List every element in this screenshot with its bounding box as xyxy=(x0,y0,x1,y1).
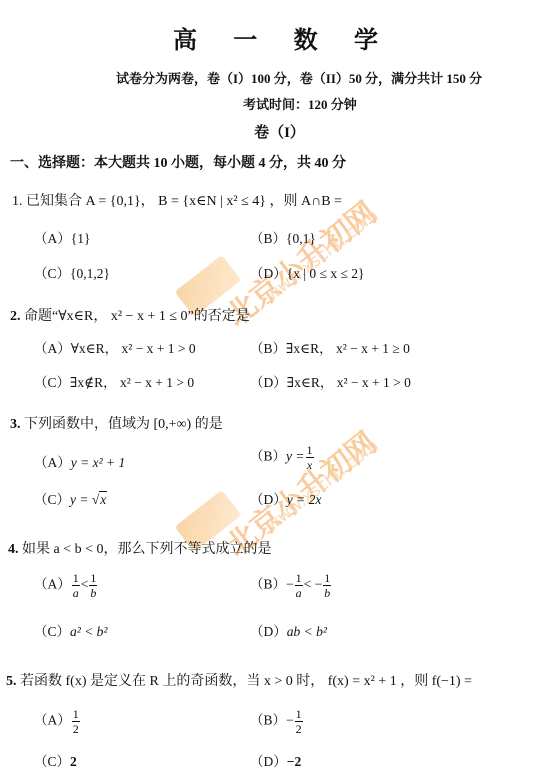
option-text: ∃x∈R， x² − x + 1 > 0 xyxy=(287,375,411,390)
option-label: （C） xyxy=(34,624,70,639)
q1-option-b[interactable]: （B）{0,1} xyxy=(250,227,316,247)
option-label: （B） xyxy=(250,577,286,592)
option-label: （B） xyxy=(250,713,286,728)
numerator: 1 xyxy=(72,572,80,586)
q4-option-a[interactable]: （A）1a<1b xyxy=(34,572,98,599)
q4-option-d[interactable]: （D）ab < b² xyxy=(250,620,327,640)
q1-option-a[interactable]: （A）{1} xyxy=(34,227,90,247)
operator: < xyxy=(81,577,89,592)
page-title: 高 一 数 学 xyxy=(0,20,551,55)
option-text: {0,1,2} xyxy=(70,266,110,281)
q3-option-b[interactable]: （B）y =1x xyxy=(250,444,315,471)
option-text: 2 xyxy=(70,754,77,769)
option-text: y = x² + 1 xyxy=(71,455,126,470)
option-text: y = xyxy=(286,449,304,464)
option-text: ∃x∉R， x² − x + 1 > 0 xyxy=(70,375,194,390)
operator: < − xyxy=(304,577,323,592)
option-label: （B） xyxy=(250,449,286,464)
q3-option-d[interactable]: （D）y = 2x xyxy=(250,488,321,508)
q3-option-a[interactable]: （A）y = x² + 1 xyxy=(34,451,125,471)
option-label: （D） xyxy=(250,492,287,507)
option-text: {1} xyxy=(71,231,91,246)
fraction: 12 xyxy=(72,708,80,735)
option-text: ab < b² xyxy=(287,624,327,639)
fraction: 1b xyxy=(323,572,331,599)
option-label: （C） xyxy=(34,375,70,390)
option-label: （A） xyxy=(34,341,71,356)
option-label: （C） xyxy=(34,754,70,769)
numerator: 1 xyxy=(295,572,303,586)
option-label: （A） xyxy=(34,231,71,246)
option-text: y = 2x xyxy=(287,492,322,507)
question-stem: 下列函数中，值域为 [0,+∞) 的是 xyxy=(24,417,223,432)
q2-option-c[interactable]: （C）∃x∉R， x² − x + 1 > 0 xyxy=(34,371,194,391)
question-number: 1. xyxy=(12,194,23,209)
question-1: 1. 已知集合 A = {0,1}， B = {x∈N | x² ≤ 4} ，则… xyxy=(12,190,342,210)
question-number: 4. xyxy=(8,542,19,557)
exam-time-info: 考试时间：120 分钟 xyxy=(243,94,357,113)
denominator: 2 xyxy=(73,722,79,735)
q2-option-d[interactable]: （D）∃x∈R， x² − x + 1 > 0 xyxy=(250,371,411,391)
denominator: a xyxy=(73,586,79,599)
option-text: {0,1} xyxy=(286,231,316,246)
option-text: a² < b² xyxy=(70,624,107,639)
question-stem: 已知集合 A = {0,1}， B = {x∈N | x² ≤ 4} ，则 A∩… xyxy=(26,194,342,209)
part-label: 卷（I） xyxy=(0,121,551,142)
fraction: 1b xyxy=(89,572,97,599)
option-label: （C） xyxy=(34,266,70,281)
radicand: x xyxy=(99,491,107,507)
option-label: （D） xyxy=(250,375,287,390)
q5-option-a[interactable]: （A）12 xyxy=(34,708,81,735)
question-stem: 命题“∀x∈R， x² − x + 1 ≤ 0”的否定是 xyxy=(24,309,250,324)
q2-option-a[interactable]: （A）∀x∈R， x² − x + 1 > 0 xyxy=(34,337,196,357)
watermark-url: www.xschu.com xyxy=(262,206,382,306)
option-text: y = xyxy=(70,492,88,507)
option-label: （D） xyxy=(250,624,287,639)
question-4: 4. 如果 a < b < 0，那么下列不等式成立的是 xyxy=(8,538,272,558)
fraction: 1x xyxy=(306,444,314,471)
denominator: b xyxy=(324,586,330,599)
denominator: 2 xyxy=(296,722,302,735)
numerator: 1 xyxy=(295,708,303,722)
question-stem: 若函数 f(x) 是定义在 R 上的奇函数，当 x > 0 时， f(x) = … xyxy=(20,674,472,689)
question-5: 5. 若函数 f(x) 是定义在 R 上的奇函数，当 x > 0 时， f(x)… xyxy=(6,670,472,690)
option-label: （B） xyxy=(250,341,286,356)
q4-option-c[interactable]: （C）a² < b² xyxy=(34,620,107,640)
sqrt-symbol: √x xyxy=(92,492,107,508)
section-heading: 一、选择题：本大题共 10 小题，每小题 4 分，共 40 分 xyxy=(10,152,346,172)
question-stem: 如果 a < b < 0，那么下列不等式成立的是 xyxy=(22,542,272,557)
question-number: 3. xyxy=(10,417,21,432)
question-3: 3. 下列函数中，值域为 [0,+∞) 的是 xyxy=(10,413,223,433)
operator: − xyxy=(286,577,294,592)
exam-score-info: 试卷分为两卷，卷（I）100 分，卷（II）50 分，满分共计 150 分 xyxy=(116,68,482,87)
q5-option-b[interactable]: （B）−12 xyxy=(250,708,304,735)
numerator: 1 xyxy=(323,572,331,586)
option-label: （D） xyxy=(250,266,287,281)
fraction: 1a xyxy=(72,572,80,599)
q3-option-c[interactable]: （C）y = √x xyxy=(34,488,107,508)
fraction: 1a xyxy=(295,572,303,599)
option-label: （A） xyxy=(34,455,71,470)
option-text: ∃x∈R， x² − x + 1 ≥ 0 xyxy=(286,341,410,356)
option-label: （B） xyxy=(250,231,286,246)
option-label: （D） xyxy=(250,754,287,769)
q5-option-c[interactable]: （C）2 xyxy=(34,750,77,770)
numerator: 1 xyxy=(72,708,80,722)
q1-option-c[interactable]: （C）{0,1,2} xyxy=(34,262,110,282)
q2-option-b[interactable]: （B）∃x∈R， x² − x + 1 ≥ 0 xyxy=(250,337,410,357)
numerator: 1 xyxy=(89,572,97,586)
operator: − xyxy=(286,713,294,728)
option-label: （A） xyxy=(34,577,71,592)
question-number: 5. xyxy=(6,674,17,689)
option-text: −2 xyxy=(287,754,301,769)
fraction: 12 xyxy=(295,708,303,735)
question-2: 2. 命题“∀x∈R， x² − x + 1 ≤ 0”的否定是 xyxy=(10,305,250,325)
option-label: （A） xyxy=(34,713,71,728)
denominator: b xyxy=(90,586,96,599)
numerator: 1 xyxy=(306,444,314,458)
option-text: {x | 0 ≤ x ≤ 2} xyxy=(287,266,365,281)
option-text: ∀x∈R， x² − x + 1 > 0 xyxy=(71,341,196,356)
denominator: a xyxy=(296,586,302,599)
q5-option-d[interactable]: （D）−2 xyxy=(250,750,301,770)
question-number: 2. xyxy=(10,309,21,324)
option-label: （C） xyxy=(34,492,70,507)
denominator: x xyxy=(307,458,312,471)
q4-option-b[interactable]: （B）−1a< −1b xyxy=(250,572,332,599)
q1-option-d[interactable]: （D）{x | 0 ≤ x ≤ 2} xyxy=(250,262,364,282)
